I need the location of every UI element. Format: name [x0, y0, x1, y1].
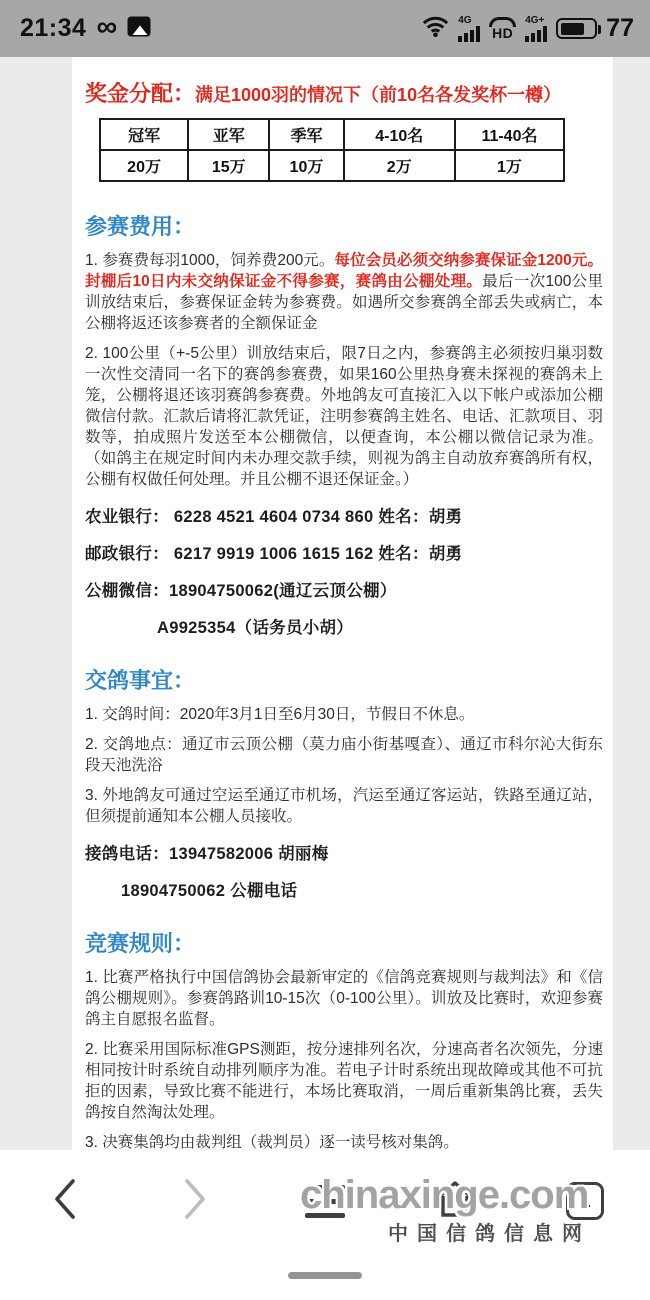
browser-toolbar: 1 chinaxinge.com 中国信鸽信息网 [0, 1150, 650, 1300]
tabs-button[interactable]: 1 [520, 1182, 650, 1220]
battery-icon [556, 18, 597, 39]
prize-table: 冠军 亚军 季军 4-10名 11-40名 20万 15万 10万 2万 1万 [99, 118, 565, 182]
chevron-left-icon [50, 1176, 80, 1227]
rule-item-3: 3. 决赛集鸽均由裁判组（裁判员）逐一读号核对集鸽。 [85, 1132, 603, 1150]
prize-heading-label: 奖金分配： [85, 81, 195, 106]
prize-subtitle: 满足1000羽的情况下（前10名各发奖杯一樽） [195, 85, 561, 105]
webpage-background: 奖金分配：满足1000羽的情况下（前10名各发奖杯一樽） 冠军 亚军 季军 4-… [0, 57, 650, 1150]
entry-fee-paragraph-2: 2. 100公里（+-5公里）训放结束后，限7日之内，参赛鸽主必须按归巢羽数一次… [85, 343, 603, 490]
volte-hd-icon: HD [489, 17, 516, 40]
bank-account-agriculture: 农业银行： 6228 4521 4604 0734 860 姓名：胡勇 [85, 503, 603, 527]
prize-value-cell: 20万 [100, 150, 188, 181]
rule-item-2: 2. 比赛采用国际标准GPS测距，按分速排列名次，分速高者名次领先，分速相同按计… [85, 1039, 603, 1123]
prize-value-cell: 10万 [269, 150, 343, 181]
entry-fee-paragraph-1: 1. 参赛费每羽1000，饲养费200元。每位会员必须交纳参赛保证金1200元。… [85, 250, 603, 334]
prize-value-cell: 15万 [188, 150, 269, 181]
prize-header-cell: 4-10名 [344, 119, 455, 150]
menu-button[interactable] [260, 1185, 390, 1218]
fee-text-black-1: 1. 参赛费每羽1000，饲养费200元。 [85, 252, 335, 269]
bank-account-postal: 邮政银行： 6217 9919 1006 1615 162 姓名：胡勇 [85, 540, 603, 564]
clock: 21:34 [20, 14, 86, 43]
chevron-right-icon [180, 1176, 210, 1227]
prize-header-cell: 冠军 [100, 119, 188, 150]
photo-icon [127, 16, 151, 42]
prize-table-header-row: 冠军 亚军 季军 4-10名 11-40名 [100, 119, 564, 150]
delivery-time: 1. 交鸽时间：2020年3月1日至6月30日，节假日不休息。 [85, 704, 603, 725]
prize-heading: 奖金分配：满足1000羽的情况下（前10名各发奖杯一樽） [85, 77, 603, 108]
entry-fee-heading: 参赛费用： [85, 210, 603, 241]
loft-wechat-operator: A9925354（话务员小胡） [85, 614, 603, 638]
hamburger-icon [305, 1185, 345, 1218]
infinity-icon: ∞ [96, 13, 117, 42]
receive-phone-2: 18904750062 公棚电话 [85, 877, 603, 901]
signal-4g-plus-icon: 4G+ [525, 16, 547, 42]
rules-heading: 竞赛规则： [85, 927, 603, 958]
home-indicator[interactable] [288, 1272, 362, 1279]
loft-wechat: 公棚微信：18904750062(通辽云顶公棚） [85, 577, 603, 601]
article-content: 奖金分配：满足1000羽的情况下（前10名各发奖杯一樽） 冠军 亚军 季军 4-… [72, 57, 613, 1150]
prize-value-cell: 2万 [344, 150, 455, 181]
prize-value-cell: 1万 [455, 150, 564, 181]
prize-header-cell: 季军 [269, 119, 343, 150]
back-button[interactable] [0, 1176, 130, 1227]
home-icon [432, 1178, 478, 1225]
tab-count-icon: 1 [566, 1182, 604, 1220]
signal-4g-icon: 4G [458, 16, 480, 42]
rule-item-1: 1. 比赛严格执行中国信鸽协会最新审定的《信鸽竞赛规则与裁判法》和《信鸽公棚规则… [85, 967, 603, 1030]
receive-phone-1: 接鸽电话：13947582006 胡丽梅 [85, 840, 603, 864]
delivery-location: 2. 交鸽地点：通辽市云顶公棚（莫力庙小街基嘎查）、通辽市科尔沁大街东段天池洗浴 [85, 734, 603, 776]
home-button[interactable] [390, 1178, 520, 1225]
prize-table-value-row: 20万 15万 10万 2万 1万 [100, 150, 564, 181]
prize-header-cell: 11-40名 [455, 119, 564, 150]
delivery-transport: 3. 外地鸽友可通过空运至通辽市机场，汽运至通辽客运站，铁路至通辽站，但须提前通… [85, 785, 603, 827]
status-bar: 21:34 ∞ 4G HD 4G+ [0, 0, 650, 57]
wifi-icon [422, 16, 449, 42]
battery-percent: 77 [606, 14, 634, 43]
delivery-heading: 交鸽事宜： [85, 664, 603, 695]
forward-button[interactable] [130, 1176, 260, 1227]
prize-header-cell: 亚军 [188, 119, 269, 150]
